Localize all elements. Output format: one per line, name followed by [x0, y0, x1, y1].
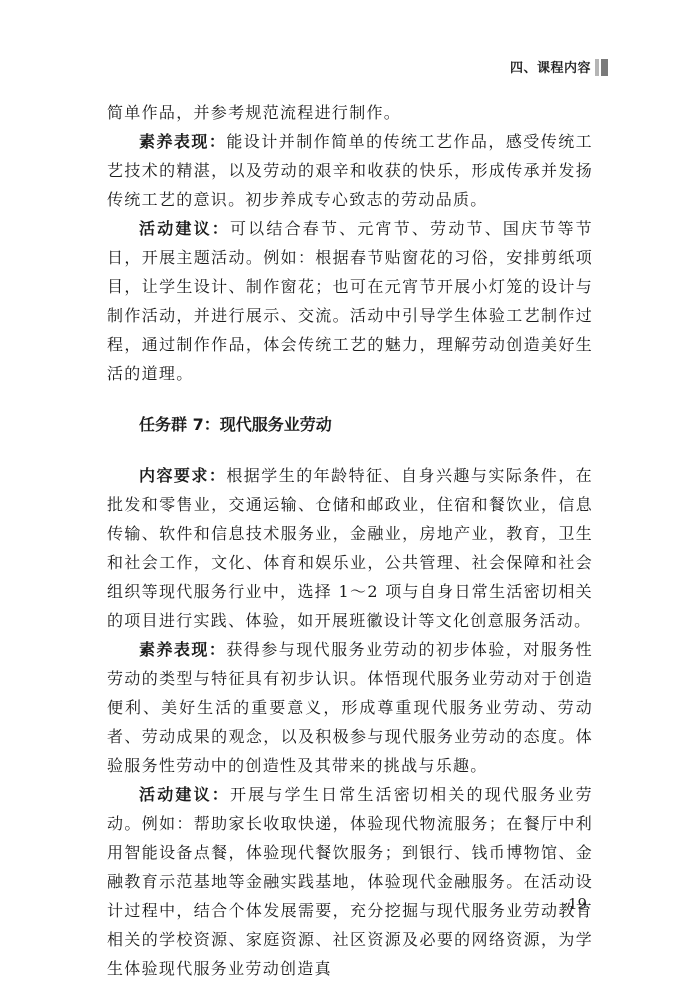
page-body: 简单作品，并参考规范流程进行制作。 素养表现：能设计并制作简单的传统工艺作品，感…: [107, 98, 593, 982]
paragraph-text: 根据学生的年龄特征、自身兴趣与实际条件，在批发和零售业，交通运输、仓储和邮政业，…: [107, 466, 593, 630]
paragraph-continuation: 简单作品，并参考规范流程进行制作。: [107, 98, 593, 127]
paragraph-activity-suggestion: 活动建议：可以结合春节、元宵节、劳动节、国庆节等节日，开展主题活动。例如：根据春…: [107, 214, 593, 388]
paragraph-label: 素养表现：: [139, 132, 226, 151]
paragraph-content-requirement: 内容要求：根据学生的年龄特征、自身兴趣与实际条件，在批发和零售业，交通运输、仓储…: [107, 461, 593, 635]
paragraph-text: 简单作品，并参考规范流程进行制作。: [107, 103, 401, 122]
paragraph-label: 活动建议：: [139, 785, 230, 804]
header-decoration-bar-dark: [601, 59, 608, 76]
paragraph-literacy-performance: 素养表现：能设计并制作简单的传统工艺作品，感受传统工艺技术的精湛，以及劳动的艰辛…: [107, 127, 593, 214]
section-heading: 任务群 7：现代服务业劳动: [107, 410, 593, 439]
paragraph-label: 活动建议：: [139, 219, 230, 238]
paragraph-text: 可以结合春节、元宵节、劳动节、国庆节等节日，开展主题活动。例如：根据春节贴窗花的…: [107, 219, 593, 383]
paragraph-label: 素养表现：: [139, 640, 226, 659]
chapter-title: 四、课程内容: [510, 57, 591, 76]
paragraph-activity-suggestion: 活动建议：开展与学生日常生活密切相关的现代服务业劳动。例如：帮助家长收取快递，体…: [107, 780, 593, 982]
paragraph-text: 获得参与现代服务业劳动的初步体验，对服务性劳动的类型与特征具有初步认识。体悟现代…: [107, 640, 593, 775]
page-number: 19: [568, 895, 587, 913]
header-decoration-bar-light: [595, 59, 599, 76]
paragraph-literacy-performance: 素养表现：获得参与现代服务业劳动的初步体验，对服务性劳动的类型与特征具有初步认识…: [107, 635, 593, 780]
paragraph-label: 内容要求：: [139, 466, 226, 485]
running-header: 四、课程内容: [480, 57, 620, 79]
paragraph-text: 开展与学生日常生活密切相关的现代服务业劳动。例如：帮助家长收取快递，体验现代物流…: [107, 785, 593, 978]
